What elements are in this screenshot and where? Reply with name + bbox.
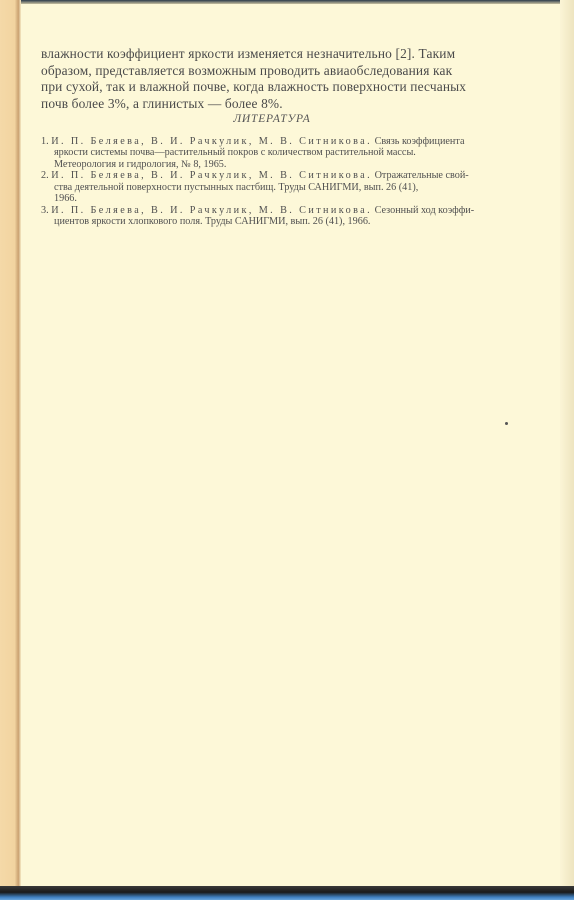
reference-text: циентов яркости хлопкового поля. Труды С… [41,216,505,227]
reference-item: 1. И. П. Беляева, В. И. Рачкулик, М. В. … [41,136,505,170]
paragraph-line: влажности коэффициент яркости изменяется… [41,46,503,63]
paragraph-line: почв более 3%, а глинистых — более 8%. [41,96,503,113]
reference-authors: И. П. Беляева, В. И. Рачкулик, М. В. Сит… [51,136,372,147]
reference-item: 3. И. П. Беляева, В. И. Рачкулик, М. В. … [41,205,505,228]
reference-authors: И. П. Беляева, В. И. Рачкулик, М. В. Сит… [51,205,372,216]
page-top-edge [0,0,574,4]
references-heading: ЛИТЕРАТУРА [41,113,503,125]
page-bottom-edge [0,886,574,900]
page-right-edge [560,0,574,888]
reference-text: ства деятельной поверхности пустынных па… [41,182,505,193]
book-gutter [0,0,21,888]
reference-item: 2. И. П. Беляева, В. И. Рачкулик, М. В. … [41,170,505,204]
reference-authors: И. П. Беляева, В. И. Рачкулик, М. В. Сит… [51,170,372,181]
body-paragraph: влажности коэффициент яркости изменяется… [41,46,503,112]
reference-text: Отражательные свой- [375,170,469,181]
paragraph-line: образом, представляется возможным провод… [41,63,503,80]
reference-text: Метеорология и гидрология, № 8, 1965. [41,159,505,170]
reference-text: Сезонный ход коэффи- [375,205,475,216]
reference-text: 1966. [41,193,505,204]
reference-text: Связь коэффициента [375,136,465,147]
references-list: 1. И. П. Беляева, В. И. Рачкулик, М. В. … [41,136,505,228]
reference-number: 3. [41,205,49,216]
scan-speck [505,422,508,425]
paragraph-line: при сухой, так и влажной почве, когда вл… [41,79,503,96]
reference-number: 2. [41,170,49,181]
reference-number: 1. [41,136,49,147]
reference-text: яркости системы почва—растительный покро… [41,147,505,158]
